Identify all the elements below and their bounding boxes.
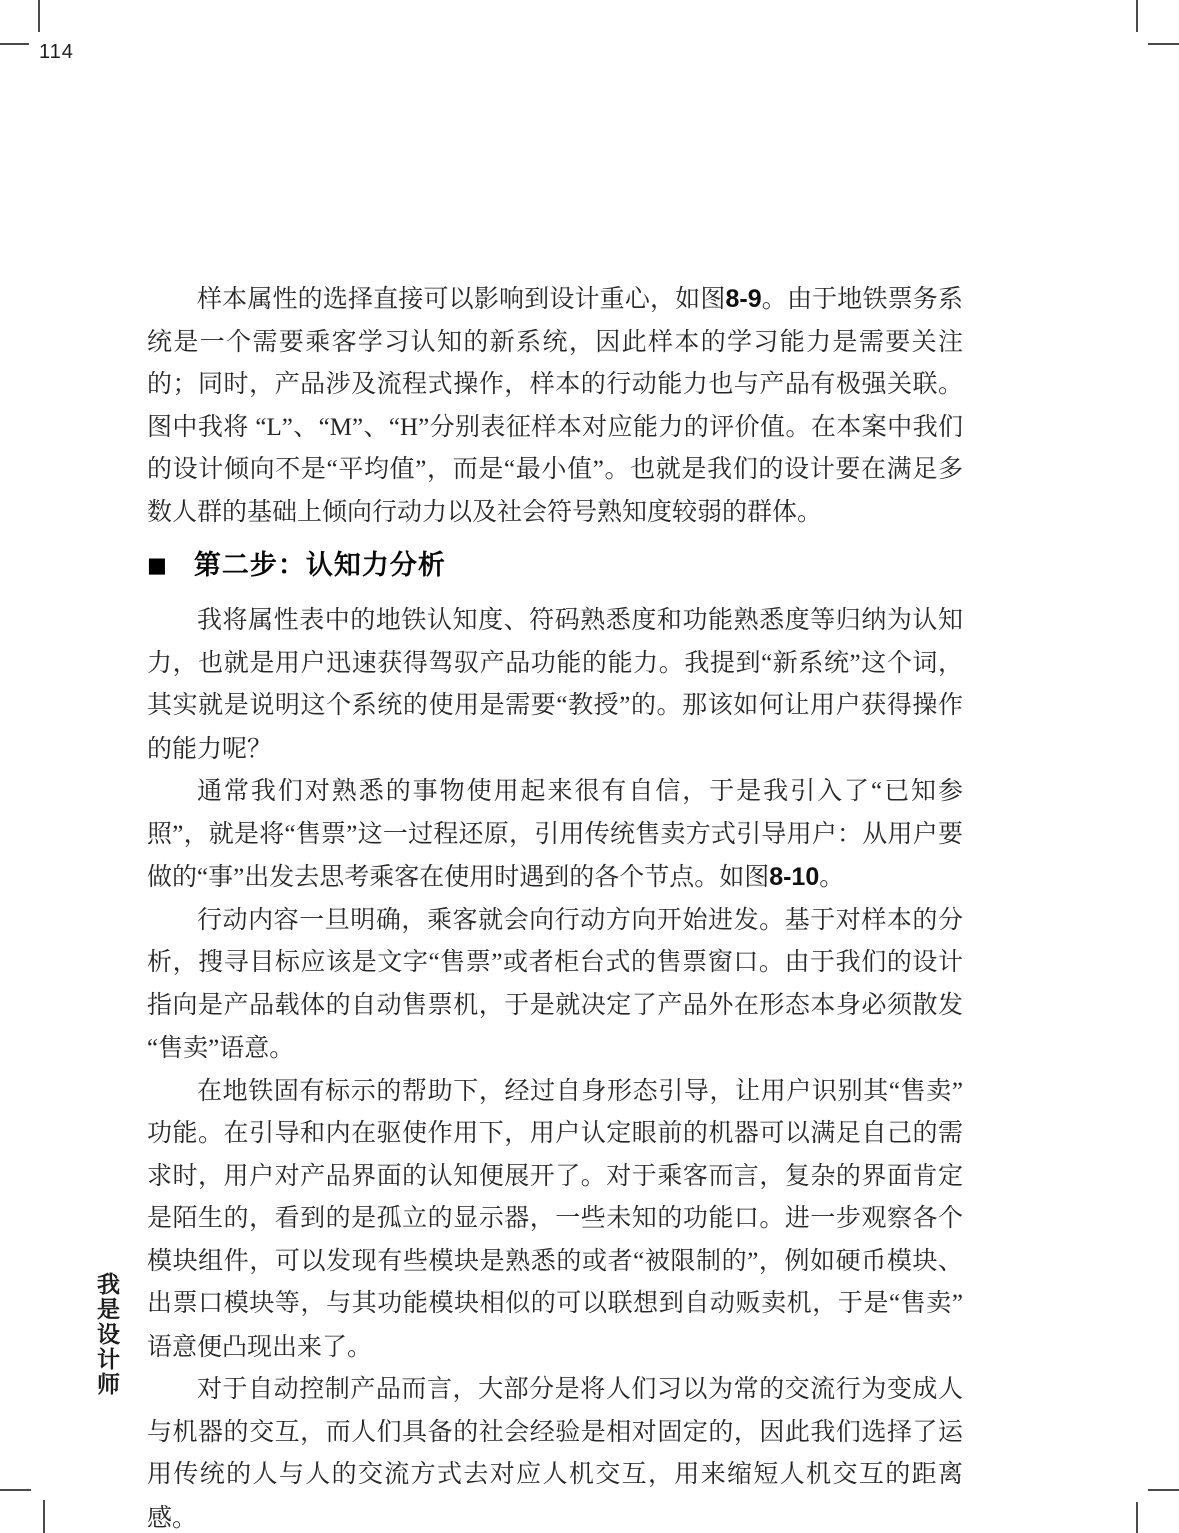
figure-reference: 8-9 — [726, 285, 762, 313]
crop-mark-top-left-horizontal — [0, 43, 29, 45]
crop-mark-top-right-horizontal — [1148, 43, 1179, 45]
body-paragraph: 我将属性表中的地铁认知度、符码熟悉度和功能熟悉度等归纳为认知力，也就是用户迅速获… — [147, 600, 963, 771]
crop-mark-bottom-left-vertical — [43, 1500, 45, 1533]
paragraph-text: 我将属性表中的地铁认知度、符码熟悉度和功能熟悉度等归纳为认知力，也就是用户迅速获… — [147, 607, 963, 763]
square-bullet-icon: ■ — [147, 555, 167, 576]
paragraph-text: 样本属性的选择直接可以影响到设计重心，如图 — [197, 286, 726, 313]
paragraph-text: 对于自动控制产品而言，大部分是将人们习以为常的交流行为变成人与机器的交互，而人们… — [147, 1376, 963, 1532]
page-number: 114 — [39, 41, 74, 64]
body-paragraph: 在地铁固有标示的帮助下，经过自身形态引导，让用户识别其“售卖”功能。在引导和内在… — [147, 1071, 963, 1370]
paragraph-text: 。 — [819, 864, 844, 891]
crop-mark-bottom-left-horizontal — [0, 1489, 31, 1491]
crop-mark-top-left-vertical — [38, 0, 40, 32]
crop-mark-bottom-right-horizontal — [1148, 1489, 1179, 1491]
body-paragraph: 对于自动控制产品而言，大部分是将人们习以为常的交流行为变成人与机器的交互，而人们… — [147, 1369, 963, 1533]
body-paragraph: 通常我们对熟悉的事物使用起来很有自信，于是我引入了“已知参照”，就是将“售票”这… — [147, 771, 963, 900]
body-paragraph: 行动内容一旦明确，乘客就会向行动方向开始进发。基于对样本的分析，搜寻目标应该是文… — [147, 900, 963, 1071]
section-heading-row: ■ 第二步：认知力分析 — [147, 548, 963, 582]
crop-mark-top-right-vertical — [1136, 0, 1138, 32]
paragraph-text: 行动内容一旦明确，乘客就会向行动方向开始进发。基于对样本的分析，搜寻目标应该是文… — [147, 907, 963, 1063]
section-heading: 第二步：认知力分析 — [194, 544, 446, 587]
intro-paragraph: 样本属性的选择直接可以影响到设计重心，如图8-9。由于地铁票务系统是一个需要乘客… — [147, 278, 963, 534]
book-title-vertical: 我是设计师 — [91, 1272, 124, 1397]
figure-reference: 8-10 — [769, 863, 819, 891]
paragraph-text: 。由于地铁票务系统是一个需要乘客学习认知的新系统，因此样本的学习能力是需要关注的… — [147, 286, 963, 526]
page-body-text: 样本属性的选择直接可以影响到设计重心，如图8-9。由于地铁票务系统是一个需要乘客… — [147, 278, 963, 1533]
crop-mark-bottom-right-vertical — [1136, 1502, 1138, 1533]
paragraph-text: 在地铁固有标示的帮助下，经过自身形态引导，让用户识别其“售卖”功能。在引导和内在… — [147, 1078, 963, 1361]
